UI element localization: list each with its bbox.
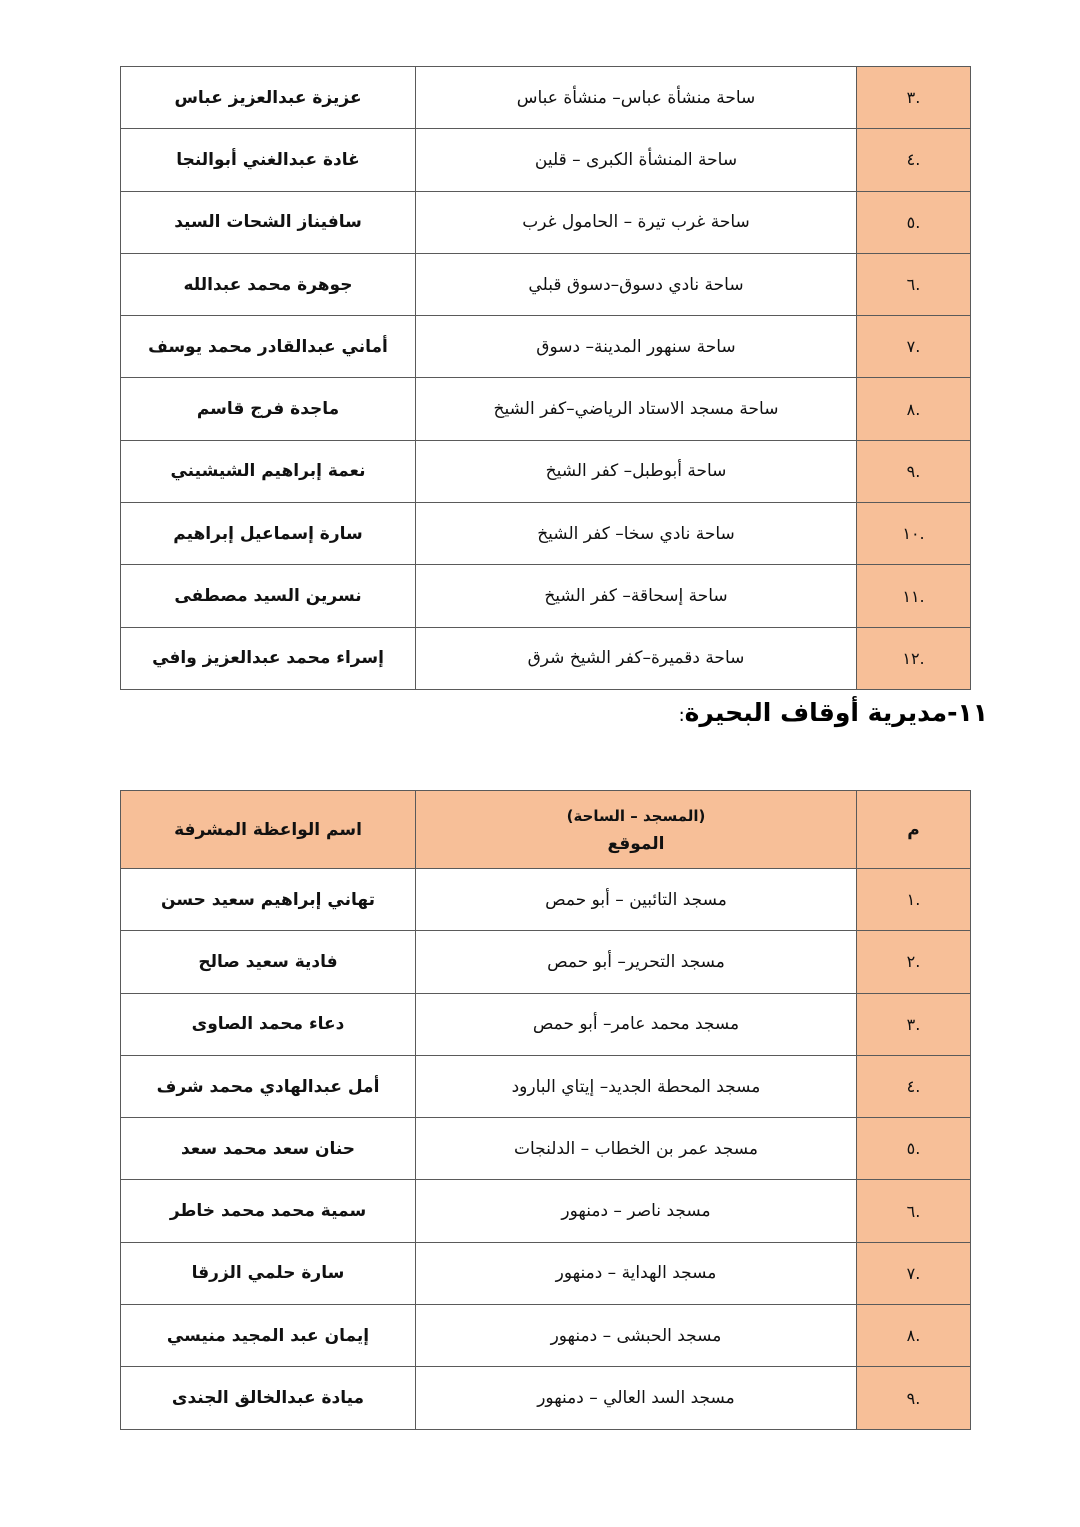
header-location: (المسجد – الساحة) الموقع: [416, 791, 857, 869]
location-cell: ساحة سنهور المدينة– دسوق: [416, 316, 857, 378]
supervisor-name: سافيناز الشحات السيد: [121, 191, 416, 253]
location-cell: ساحة منشأة عباس– منشأة عباس: [416, 67, 857, 129]
table-row: .٤ ساحة المنشأة الكبرى – قلين غادة عبدال…: [121, 129, 971, 191]
row-number: .١٢: [857, 627, 971, 689]
row-number: .١٠: [857, 503, 971, 565]
table-row: .٦ مسجد ناصر – دمنهور سمية محمد محمد خاط…: [121, 1180, 971, 1242]
sites-table-continued: .٣ ساحة منشأة عباس– منشأة عباس عزيزة عبد…: [120, 66, 971, 690]
header-location-line2: الموقع: [416, 830, 856, 858]
table-row: .١١ ساحة إسحاقة– كفر الشيخ نسرين السيد م…: [121, 565, 971, 627]
location-cell: مسجد التحرير– أبو حمص: [416, 931, 857, 993]
location-cell: مسجد الهداية – دمنهور: [416, 1242, 857, 1304]
supervisor-name: ماجدة فرج قاسم: [121, 378, 416, 440]
location-cell: ساحة دقميرة–كفر الشيخ شرق: [416, 627, 857, 689]
location-cell: مسجد ناصر – دمنهور: [416, 1180, 857, 1242]
beheira-sites-table: م (المسجد – الساحة) الموقع اسم الواعظة ا…: [120, 790, 971, 1430]
table-row: .٧ مسجد الهداية – دمنهور سارة حلمي الزرق…: [121, 1242, 971, 1304]
supervisor-name: سارة حلمي الزرقا: [121, 1242, 416, 1304]
row-number: .٣: [857, 67, 971, 129]
row-number: .٣: [857, 993, 971, 1055]
row-number: .٤: [857, 129, 971, 191]
row-number: .١: [857, 869, 971, 931]
supervisor-name: دعاء محمد الصاوى: [121, 993, 416, 1055]
table-row: .٨ ساحة مسجد الاستاد الرياضي–كفر الشيخ م…: [121, 378, 971, 440]
location-cell: ساحة أبوطبل– كفر الشيخ: [416, 440, 857, 502]
supervisor-name: سمية محمد محمد خاطر: [121, 1180, 416, 1242]
table-row: .١٠ ساحة نادي سخا– كفر الشيخ سارة إسماعي…: [121, 503, 971, 565]
location-cell: ساحة نادي دسوق–دسوق قبلي: [416, 253, 857, 315]
row-number: .٦: [857, 1180, 971, 1242]
row-number: .٧: [857, 1242, 971, 1304]
supervisor-name: نعمة إبراهيم الشيشيني: [121, 440, 416, 502]
supervisor-name: عزيزة عبدالعزيز عباس: [121, 67, 416, 129]
location-cell: ساحة مسجد الاستاد الرياضي–كفر الشيخ: [416, 378, 857, 440]
row-number: .٤: [857, 1055, 971, 1117]
supervisor-name: حنان سعد محمد سعد: [121, 1118, 416, 1180]
location-cell: مسجد التائبين – أبو حمص: [416, 869, 857, 931]
table-header-row: م (المسجد – الساحة) الموقع اسم الواعظة ا…: [121, 791, 971, 869]
table-row: .١ مسجد التائبين – أبو حمص تهاني إبراهيم…: [121, 869, 971, 931]
row-number: .٨: [857, 1305, 971, 1367]
supervisor-name: أمل عبدالهادي محمد شرف: [121, 1055, 416, 1117]
row-number: .١١: [857, 565, 971, 627]
table-row: .٨ مسجد الحبشى – دمنهور إيمان عبد المجيد…: [121, 1305, 971, 1367]
supervisor-name: إيمان عبد المجيد منيسي: [121, 1305, 416, 1367]
table-row: .٢ مسجد التحرير– أبو حمص فادية سعيد صالح: [121, 931, 971, 993]
table-row: .٣ ساحة منشأة عباس– منشأة عباس عزيزة عبد…: [121, 67, 971, 129]
table-row: .٦ ساحة نادي دسوق–دسوق قبلي جوهرة محمد ع…: [121, 253, 971, 315]
header-supervisor-name: اسم الواعظة المشرفة: [121, 791, 416, 869]
section-heading: ١١-مديرية أوقاف البحيرة:: [679, 698, 988, 727]
row-number: .٨: [857, 378, 971, 440]
location-cell: ساحة إسحاقة– كفر الشيخ: [416, 565, 857, 627]
row-number: .٧: [857, 316, 971, 378]
table-row: .٥ ساحة غرب تيرة – الحامول غرب سافيناز ا…: [121, 191, 971, 253]
row-number: .٢: [857, 931, 971, 993]
supervisor-name: تهاني إبراهيم سعيد حسن: [121, 869, 416, 931]
header-location-line1: (المسجد – الساحة): [416, 802, 856, 830]
row-number: .٩: [857, 1367, 971, 1429]
header-number: م: [857, 791, 971, 869]
location-cell: مسجد الحبشى – دمنهور: [416, 1305, 857, 1367]
row-number: .٥: [857, 1118, 971, 1180]
table-row: .٩ ساحة أبوطبل– كفر الشيخ نعمة إبراهيم ا…: [121, 440, 971, 502]
table-row: .١٢ ساحة دقميرة–كفر الشيخ شرق إسراء محمد…: [121, 627, 971, 689]
location-cell: ساحة المنشأة الكبرى – قلين: [416, 129, 857, 191]
table-row: .٥ مسجد عمر بن الخطاب – الدلنجات حنان سع…: [121, 1118, 971, 1180]
row-number: .٦: [857, 253, 971, 315]
location-cell: ساحة غرب تيرة – الحامول غرب: [416, 191, 857, 253]
location-cell: مسجد محمد عامر– أبو حمص: [416, 993, 857, 1055]
location-cell: ساحة نادي سخا– كفر الشيخ: [416, 503, 857, 565]
supervisor-name: فادية سعيد صالح: [121, 931, 416, 993]
supervisor-name: إسراء محمد عبدالعزيز وافي: [121, 627, 416, 689]
section-heading-text: ١١-مديرية أوقاف البحيرة: [685, 698, 988, 727]
supervisor-name: ميادة عبدالخالق الجندى: [121, 1367, 416, 1429]
supervisor-name: سارة إسماعيل إبراهيم: [121, 503, 416, 565]
supervisor-name: غادة عبدالغني أبوالنجا: [121, 129, 416, 191]
supervisor-name: أماني عبدالقادر محمد يوسف: [121, 316, 416, 378]
location-cell: مسجد السد العالي – دمنهور: [416, 1367, 857, 1429]
location-cell: مسجد عمر بن الخطاب – الدلنجات: [416, 1118, 857, 1180]
supervisor-name: نسرين السيد مصطفى: [121, 565, 416, 627]
row-number: .٥: [857, 191, 971, 253]
table-row: .٩ مسجد السد العالي – دمنهور ميادة عبدال…: [121, 1367, 971, 1429]
location-cell: مسجد المحطة الجديد– إيتاي البارود: [416, 1055, 857, 1117]
supervisor-name: جوهرة محمد عبدالله: [121, 253, 416, 315]
row-number: .٩: [857, 440, 971, 502]
table-row: .٧ ساحة سنهور المدينة– دسوق أماني عبدالق…: [121, 316, 971, 378]
table-row: .٤ مسجد المحطة الجديد– إيتاي البارود أمل…: [121, 1055, 971, 1117]
table-row: .٣ مسجد محمد عامر– أبو حمص دعاء محمد الص…: [121, 993, 971, 1055]
